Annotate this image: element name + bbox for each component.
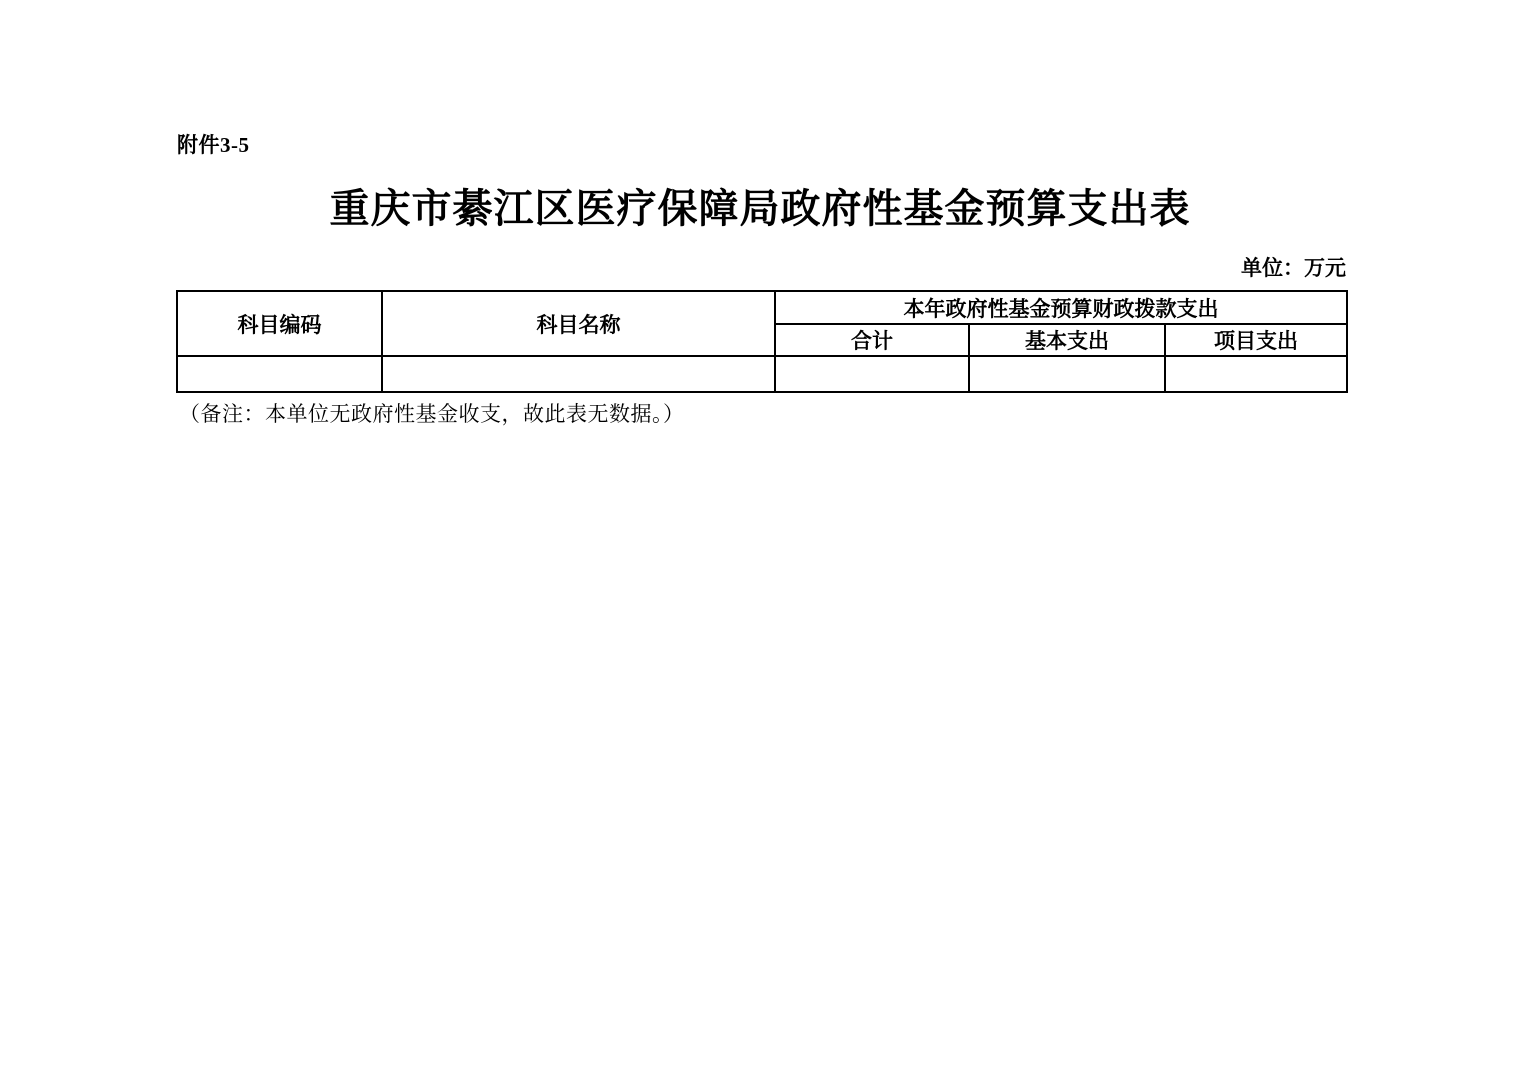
- document-page: 附件3-5 重庆市綦江区医疗保障局政府性基金预算支出表 单位：万元 科目编码 科…: [0, 0, 1520, 1074]
- header-total: 合计: [775, 324, 969, 356]
- table-header-row-1: 科目编码 科目名称 本年政府性基金预算财政拨款支出: [177, 291, 1347, 324]
- note-text: （备注：本单位无政府性基金收支，故此表无数据。）: [179, 398, 685, 428]
- cell-total: [775, 356, 969, 392]
- cell-subject-code: [177, 356, 382, 392]
- unit-label: 单位：万元: [176, 252, 1346, 282]
- cell-subject-name: [382, 356, 775, 392]
- header-subject-name: 科目名称: [382, 291, 775, 356]
- header-project-expenditure: 项目支出: [1165, 324, 1347, 356]
- cell-basic-expenditure: [969, 356, 1165, 392]
- budget-table: 科目编码 科目名称 本年政府性基金预算财政拨款支出 合计 基本支出 项目支出: [176, 290, 1348, 393]
- page-title: 重庆市綦江区医疗保障局政府性基金预算支出表: [0, 177, 1520, 234]
- header-fund-group: 本年政府性基金预算财政拨款支出: [775, 291, 1347, 324]
- table-row: [177, 356, 1347, 392]
- attachment-label: 附件3-5: [177, 129, 250, 159]
- header-subject-code: 科目编码: [177, 291, 382, 356]
- header-basic-expenditure: 基本支出: [969, 324, 1165, 356]
- cell-project-expenditure: [1165, 356, 1347, 392]
